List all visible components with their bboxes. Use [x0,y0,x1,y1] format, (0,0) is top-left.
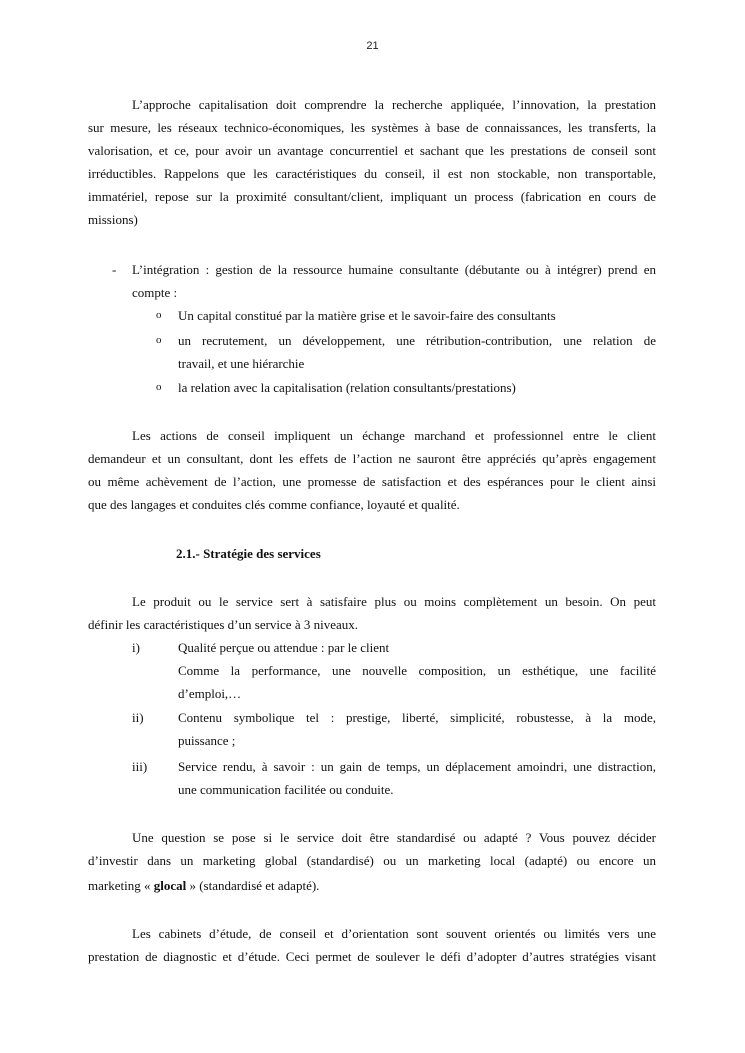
text-line: définir les caractéristiques d’un servic… [88,613,358,636]
text-fragment: marketing « [88,878,154,893]
text-line: sur mesure, les réseaux technico-économi… [88,116,656,139]
list-item: Qualité perçue ou attendue : par le clie… [178,636,389,659]
text-line: marketing « glocal » (standardisé et ada… [88,874,319,897]
list-item: un recrutement, un développement, une ré… [178,329,656,352]
text-line: immatériel, repose sur la proximité cons… [88,185,656,208]
text-line: demandeur et un consultant, dont les eff… [88,447,656,470]
list-item: une communication facilitée ou conduite. [178,778,394,801]
text-line: prestation de diagnostic et d’étude. Cec… [88,945,656,968]
text-line: Les cabinets d’étude, de conseil et d’or… [132,922,656,945]
list-item: la relation avec la capitalisation (rela… [178,376,516,399]
list-marker: ii) [132,706,144,729]
text-line: L’approche capitalisation doit comprendr… [132,93,656,116]
text-line: Le produit ou le service sert à satisfai… [132,590,656,613]
text-line: Une question se pose si le service doit … [132,826,656,849]
text-line: L’intégration : gestion de la ressource … [132,258,656,281]
text-line: que des langages et conduites clés comme… [88,493,460,516]
circle-bullet: o [156,329,162,352]
text-line: compte : [132,281,177,304]
text-line: Les actions de conseil impliquent un éch… [132,424,656,447]
list-marker: iii) [132,755,147,778]
text-line: missions) [88,208,138,231]
list-item: Un capital constitué par la matière gris… [178,304,556,327]
circle-bullet: o [156,304,162,327]
list-item: travail, et une hiérarchie [178,352,304,375]
page-number: 21 [0,40,745,52]
list-item: d’emploi,… [178,682,241,705]
text-line: d’investir dans un marketing global (sta… [88,849,656,872]
list-marker: i) [132,636,140,659]
bold-term-glocal: glocal [154,878,187,893]
section-heading: 2.1.- Stratégie des services [176,542,321,565]
text-line: irréductibles. Rappelons que les caracté… [88,162,656,185]
dash-bullet: - [112,258,116,281]
circle-bullet: o [156,376,162,399]
list-item: Service rendu, à savoir : un gain de tem… [178,755,656,778]
text-fragment: » (standardisé et adapté). [186,878,319,893]
text-line: valorisation, et ce, pour avoir un avant… [88,139,656,162]
list-item: Comme la performance, une nouvelle compo… [178,659,656,682]
text-line: ou même achèvement de l’action, une prom… [88,470,656,493]
list-item: puissance ; [178,729,235,752]
list-item: Contenu symbolique tel : prestige, liber… [178,706,656,729]
